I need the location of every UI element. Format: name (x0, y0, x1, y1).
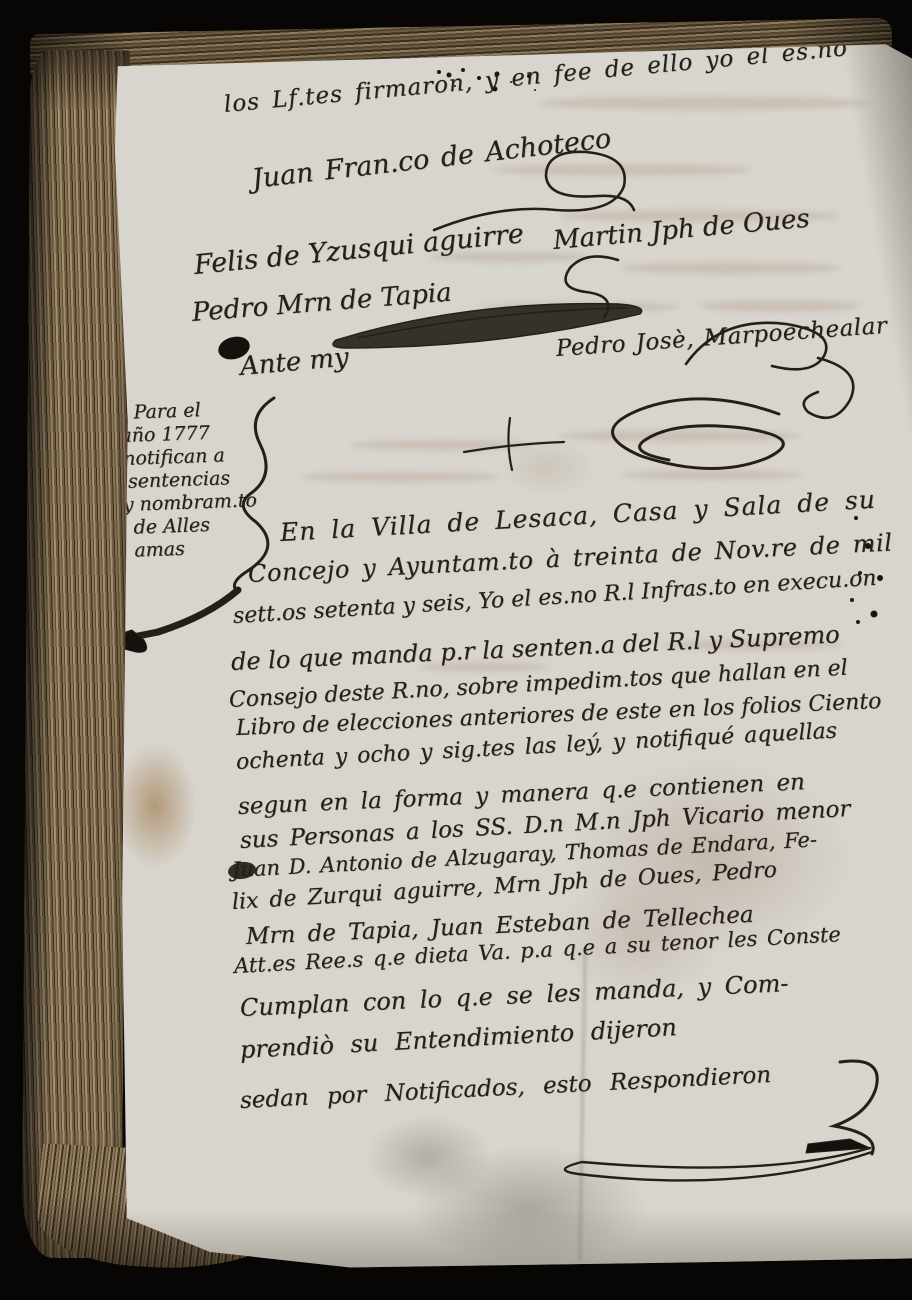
manuscript-page: los Lf.tes firmaron, y en fee de ello yo… (0, 0, 912, 1300)
book-fore-edge-pages (22, 50, 130, 1259)
cross-mark-icon (452, 408, 572, 478)
ink-specks-right-edge (854, 516, 858, 520)
bleed-through-smudge (540, 96, 870, 110)
closing-rubric-flourish (538, 1052, 903, 1192)
manuscript-photo: los Lf.tes firmaron, y en fee de ello yo… (0, 0, 912, 1300)
ante-mi-label: Ante my (239, 343, 350, 382)
large-rubric-flourish (583, 388, 788, 488)
body-line: Cumplan con lo q.e se les manda, y Com- (239, 969, 789, 1022)
